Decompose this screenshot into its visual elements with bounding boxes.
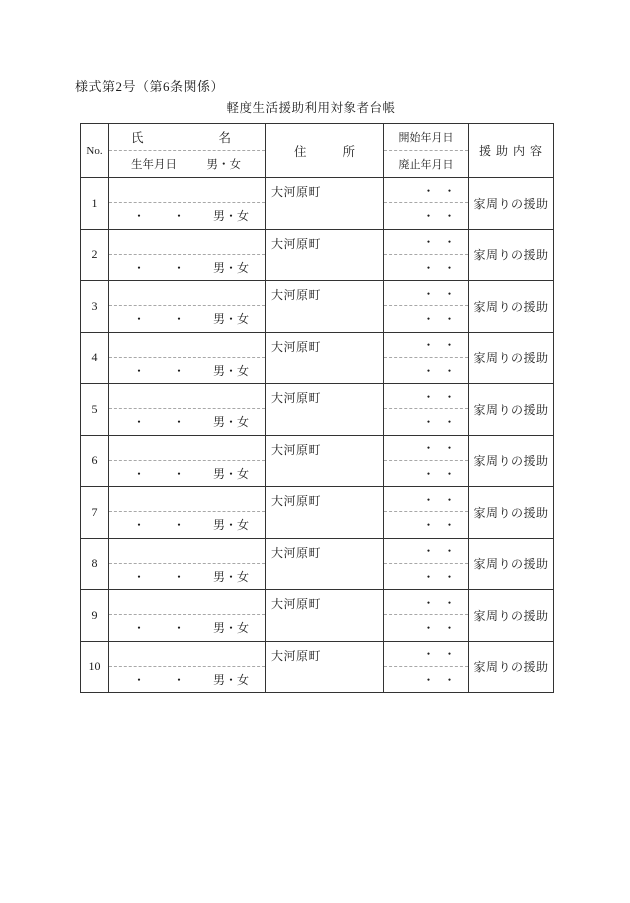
start-date-label: 開始年月日	[399, 129, 454, 145]
table-row: 3 ・ ・ 男・女 大河原町 ・ ・ ・ ・ 家周りの援助	[81, 280, 553, 332]
row-number: 4	[92, 350, 98, 365]
row-number: 1	[92, 196, 98, 211]
birth-gender-row: ・ ・ 男・女	[109, 564, 265, 589]
address-cell: 大河原町	[265, 589, 383, 641]
content-cell: 家周りの援助	[468, 280, 553, 332]
gender-value: 男・女	[213, 207, 249, 224]
gender-label: 男・女	[207, 156, 242, 172]
dates-cell: ・ ・ ・ ・	[383, 435, 468, 487]
table-row: 6 ・ ・ 男・女 大河原町 ・ ・ ・ ・ 家周りの援助	[81, 435, 553, 487]
content-cell: 家周りの援助	[468, 229, 553, 281]
end-date-dots: ・ ・	[384, 203, 468, 228]
gender-value: 男・女	[213, 413, 249, 430]
row-number-cell: 4	[81, 332, 108, 384]
assistance-content-value: 家周りの援助	[473, 504, 548, 521]
birth-date-dot: ・	[173, 568, 185, 585]
address-value: 大河原町	[271, 546, 321, 560]
address-cell: 大河原町	[265, 435, 383, 487]
birth-date-label: 生年月日	[131, 156, 177, 172]
content-cell: 家周りの援助	[468, 538, 553, 590]
birth-date-dot: ・	[173, 671, 185, 688]
document-title: 軽度生活援助利用対象者台帳	[74, 98, 548, 116]
table-row: 5 ・ ・ 男・女 大河原町 ・ ・ ・ ・ 家周りの援助	[81, 383, 553, 435]
address-cell: 大河原町	[265, 538, 383, 590]
birth-gender-row: ・ ・ 男・女	[109, 358, 265, 383]
gender-value: 男・女	[213, 568, 249, 585]
end-date-dot: ・	[422, 465, 434, 482]
end-date-dots: ・ ・	[384, 667, 468, 692]
address-cell: 大河原町	[265, 383, 383, 435]
table-row: 8 ・ ・ 男・女 大河原町 ・ ・ ・ ・ 家周りの援助	[81, 538, 553, 590]
content-cell: 家周りの援助	[468, 435, 553, 487]
end-date-label: 廃止年月日	[399, 156, 454, 172]
dates-cell: ・ ・ ・ ・	[383, 177, 468, 229]
end-date-dots: ・ ・	[384, 255, 468, 280]
dates-cell: ・ ・ ・ ・	[383, 538, 468, 590]
gender-value: 男・女	[213, 671, 249, 688]
row-number-cell: 5	[81, 383, 108, 435]
start-date-dots: ・ ・	[384, 384, 468, 409]
birth-date-dot: ・	[133, 207, 145, 224]
row-number: 6	[92, 453, 98, 468]
start-date-dot: ・	[444, 594, 456, 611]
dates-cell: ・ ・ ・ ・	[383, 280, 468, 332]
row-number: 8	[92, 556, 98, 571]
birth-date-dot: ・	[173, 413, 185, 430]
gender-value: 男・女	[213, 259, 249, 276]
birth-date-dot: ・	[133, 671, 145, 688]
name-entry-blank	[109, 384, 265, 409]
start-date-dot: ・	[444, 336, 456, 353]
gender-value: 男・女	[213, 516, 249, 533]
dates-cell: ・ ・ ・ ・	[383, 589, 468, 641]
assistance-content-value: 家周りの援助	[473, 349, 548, 366]
end-date-dot: ・	[444, 465, 456, 482]
name-entry-blank	[109, 333, 265, 358]
row-number-cell: 8	[81, 538, 108, 590]
table-row: 10 ・ ・ 男・女 大河原町 ・ ・ ・ ・ 家周りの援助	[81, 641, 553, 693]
table-body: 1 ・ ・ 男・女 大河原町 ・ ・ ・ ・ 家周りの援助	[81, 177, 553, 692]
row-number: 9	[92, 608, 98, 623]
start-date-dot: ・	[422, 491, 434, 508]
dates-cell: ・ ・ ・ ・	[383, 486, 468, 538]
name-cell: ・ ・ 男・女	[108, 435, 265, 487]
row-number: 7	[92, 505, 98, 520]
start-date-dot: ・	[444, 233, 456, 250]
address-value: 大河原町	[271, 597, 321, 611]
row-number-cell: 7	[81, 486, 108, 538]
birth-date-dot: ・	[173, 207, 185, 224]
end-date-dot: ・	[422, 568, 434, 585]
assistance-content-value: 家周りの援助	[473, 401, 548, 418]
birth-gender-row: ・ ・ 男・女	[109, 306, 265, 331]
start-date-dot: ・	[422, 285, 434, 302]
address-cell: 大河原町	[265, 177, 383, 229]
start-date-dot: ・	[444, 491, 456, 508]
name-entry-blank	[109, 281, 265, 306]
row-number-cell: 6	[81, 435, 108, 487]
address-cell: 大河原町	[265, 641, 383, 693]
table-row: 7 ・ ・ 男・女 大河原町 ・ ・ ・ ・ 家周りの援助	[81, 486, 553, 538]
table-header-row: No. 氏 名 生年月日 男・女 住 所 開始年月日	[81, 124, 553, 177]
end-date-dots: ・ ・	[384, 615, 468, 640]
birth-date-dot: ・	[173, 465, 185, 482]
end-date-dots: ・ ・	[384, 358, 468, 383]
birth-date-dot: ・	[133, 362, 145, 379]
no-column-label: No.	[86, 145, 102, 157]
birth-date-dot: ・	[173, 259, 185, 276]
address-value: 大河原町	[271, 185, 321, 199]
birth-date-dot: ・	[133, 465, 145, 482]
start-date-dot: ・	[444, 388, 456, 405]
address-label-right: 所	[343, 142, 356, 160]
end-date-dot: ・	[422, 413, 434, 430]
birth-date-dot: ・	[173, 516, 185, 533]
address-value: 大河原町	[271, 288, 321, 302]
name-cell: ・ ・ 男・女	[108, 486, 265, 538]
header-name-top: 氏 名	[109, 124, 265, 151]
assistance-content-label: 援 助 内 容	[479, 142, 543, 159]
content-cell: 家周りの援助	[468, 589, 553, 641]
row-number: 2	[92, 247, 98, 262]
end-date-dot: ・	[444, 671, 456, 688]
end-date-dot: ・	[422, 207, 434, 224]
name-cell: ・ ・ 男・女	[108, 177, 265, 229]
header-no-cell: No.	[81, 124, 108, 177]
address-value: 大河原町	[271, 237, 321, 251]
row-number: 3	[92, 299, 98, 314]
birth-date-dot: ・	[133, 259, 145, 276]
name-label-right: 名	[218, 128, 231, 146]
start-date-dots: ・ ・	[384, 590, 468, 615]
header-content-cell: 援 助 内 容	[468, 124, 553, 177]
start-date-dots: ・ ・	[384, 436, 468, 461]
start-date-dots: ・ ・	[384, 230, 468, 255]
end-date-dot: ・	[422, 362, 434, 379]
end-date-dot: ・	[444, 362, 456, 379]
birth-date-dot: ・	[173, 310, 185, 327]
address-cell: 大河原町	[265, 486, 383, 538]
dates-cell: ・ ・ ・ ・	[383, 332, 468, 384]
header-address-cell: 住 所	[265, 124, 383, 177]
birth-date-dot: ・	[133, 413, 145, 430]
end-date-dots: ・ ・	[384, 512, 468, 537]
assistance-content-value: 家周りの援助	[473, 195, 548, 212]
end-date-dot: ・	[444, 259, 456, 276]
end-date-dots: ・ ・	[384, 564, 468, 589]
birth-date-dot: ・	[133, 310, 145, 327]
gender-value: 男・女	[213, 362, 249, 379]
start-date-dot: ・	[422, 388, 434, 405]
row-number-cell: 10	[81, 641, 108, 693]
address-value: 大河原町	[271, 340, 321, 354]
end-date-dots: ・ ・	[384, 409, 468, 434]
assistance-content-value: 家周りの援助	[473, 246, 548, 263]
name-entry-blank	[109, 178, 265, 203]
start-date-dots: ・ ・	[384, 333, 468, 358]
name-cell: ・ ・ 男・女	[108, 641, 265, 693]
birth-date-dot: ・	[133, 619, 145, 636]
end-date-dot: ・	[422, 671, 434, 688]
address-value: 大河原町	[271, 391, 321, 405]
row-number: 5	[92, 402, 98, 417]
header-name-bottom: 生年月日 男・女	[109, 151, 265, 178]
header-dates-cell: 開始年月日 廃止年月日	[383, 124, 468, 177]
start-date-dot: ・	[444, 645, 456, 662]
name-cell: ・ ・ 男・女	[108, 332, 265, 384]
address-value: 大河原町	[271, 649, 321, 663]
row-number-cell: 1	[81, 177, 108, 229]
registry-table: No. 氏 名 生年月日 男・女 住 所 開始年月日	[80, 123, 554, 693]
name-cell: ・ ・ 男・女	[108, 538, 265, 590]
assistance-content-value: 家周りの援助	[473, 555, 548, 572]
table-row: 2 ・ ・ 男・女 大河原町 ・ ・ ・ ・ 家周りの援助	[81, 229, 553, 281]
row-number-cell: 9	[81, 589, 108, 641]
start-date-dots: ・ ・	[384, 539, 468, 564]
end-date-dot: ・	[422, 619, 434, 636]
name-entry-blank	[109, 436, 265, 461]
assistance-content-value: 家周りの援助	[473, 607, 548, 624]
end-date-dot: ・	[444, 568, 456, 585]
name-entry-blank	[109, 642, 265, 667]
birth-gender-row: ・ ・ 男・女	[109, 615, 265, 640]
birth-gender-row: ・ ・ 男・女	[109, 461, 265, 486]
assistance-content-value: 家周りの援助	[473, 658, 548, 675]
content-cell: 家周りの援助	[468, 641, 553, 693]
name-cell: ・ ・ 男・女	[108, 229, 265, 281]
name-entry-blank	[109, 230, 265, 255]
content-cell: 家周りの援助	[468, 332, 553, 384]
start-date-dots: ・ ・	[384, 487, 468, 512]
end-date-dot: ・	[422, 310, 434, 327]
birth-gender-row: ・ ・ 男・女	[109, 203, 265, 228]
address-cell: 大河原町	[265, 332, 383, 384]
start-date-dot: ・	[422, 439, 434, 456]
start-date-dots: ・ ・	[384, 281, 468, 306]
gender-value: 男・女	[213, 619, 249, 636]
dates-cell: ・ ・ ・ ・	[383, 383, 468, 435]
row-number-cell: 3	[81, 280, 108, 332]
form-number-label: 様式第2号（第6条関係）	[75, 76, 224, 95]
name-cell: ・ ・ 男・女	[108, 280, 265, 332]
assistance-content-value: 家周りの援助	[473, 298, 548, 315]
row-number: 10	[89, 659, 101, 674]
start-date-dot: ・	[444, 182, 456, 199]
content-cell: 家周りの援助	[468, 486, 553, 538]
address-cell: 大河原町	[265, 229, 383, 281]
document-page: 様式第2号（第6条関係） 軽度生活援助利用対象者台帳 No. 氏 名 生年月日 …	[0, 0, 630, 903]
birth-date-dot: ・	[133, 568, 145, 585]
table-row: 4 ・ ・ 男・女 大河原町 ・ ・ ・ ・ 家周りの援助	[81, 332, 553, 384]
birth-gender-row: ・ ・ 男・女	[109, 512, 265, 537]
assistance-content-value: 家周りの援助	[473, 452, 548, 469]
address-value: 大河原町	[271, 494, 321, 508]
end-date-dot: ・	[444, 207, 456, 224]
name-cell: ・ ・ 男・女	[108, 589, 265, 641]
start-date-dot: ・	[444, 542, 456, 559]
birth-date-dot: ・	[173, 619, 185, 636]
end-date-dot: ・	[422, 516, 434, 533]
start-date-dot: ・	[422, 645, 434, 662]
start-date-dot: ・	[422, 542, 434, 559]
start-date-dots: ・ ・	[384, 642, 468, 667]
dates-cell: ・ ・ ・ ・	[383, 229, 468, 281]
start-date-dot: ・	[444, 285, 456, 302]
name-cell: ・ ・ 男・女	[108, 383, 265, 435]
content-cell: 家周りの援助	[468, 177, 553, 229]
end-date-dot: ・	[444, 619, 456, 636]
start-date-dot: ・	[422, 182, 434, 199]
end-date-dots: ・ ・	[384, 306, 468, 331]
end-date-dot: ・	[444, 310, 456, 327]
end-date-dots: ・ ・	[384, 461, 468, 486]
table-row: 9 ・ ・ 男・女 大河原町 ・ ・ ・ ・ 家周りの援助	[81, 589, 553, 641]
header-name-cell: 氏 名 生年月日 男・女	[108, 124, 265, 177]
header-end-date: 廃止年月日	[384, 151, 468, 178]
name-entry-blank	[109, 590, 265, 615]
name-entry-blank	[109, 539, 265, 564]
name-entry-blank	[109, 487, 265, 512]
birth-gender-row: ・ ・ 男・女	[109, 409, 265, 434]
end-date-dot: ・	[422, 259, 434, 276]
address-label-left: 住	[294, 142, 307, 160]
start-date-dot: ・	[422, 233, 434, 250]
birth-gender-row: ・ ・ 男・女	[109, 667, 265, 692]
gender-value: 男・女	[213, 465, 249, 482]
header-start-date: 開始年月日	[384, 124, 468, 151]
dates-cell: ・ ・ ・ ・	[383, 641, 468, 693]
address-cell: 大河原町	[265, 280, 383, 332]
birth-date-dot: ・	[133, 516, 145, 533]
start-date-dot: ・	[422, 594, 434, 611]
table-row: 1 ・ ・ 男・女 大河原町 ・ ・ ・ ・ 家周りの援助	[81, 177, 553, 229]
name-label-left: 氏	[131, 128, 144, 146]
gender-value: 男・女	[213, 310, 249, 327]
birth-date-dot: ・	[173, 362, 185, 379]
address-value: 大河原町	[271, 443, 321, 457]
start-date-dots: ・ ・	[384, 178, 468, 203]
content-cell: 家周りの援助	[468, 383, 553, 435]
end-date-dot: ・	[444, 413, 456, 430]
birth-gender-row: ・ ・ 男・女	[109, 255, 265, 280]
start-date-dot: ・	[444, 439, 456, 456]
row-number-cell: 2	[81, 229, 108, 281]
end-date-dot: ・	[444, 516, 456, 533]
start-date-dot: ・	[422, 336, 434, 353]
